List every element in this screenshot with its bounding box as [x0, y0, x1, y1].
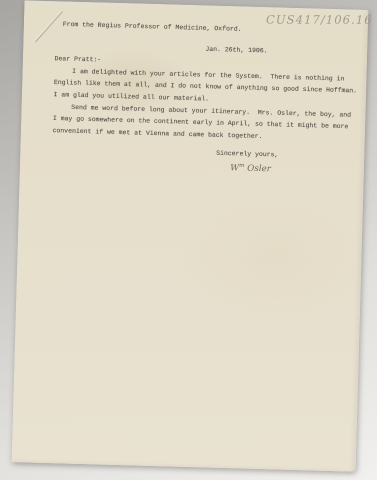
signature: Wm Osler — [230, 162, 271, 174]
scanned-letter-background: CUS417/106.16 From the Regius Professor … — [0, 0, 377, 480]
signature-surname: Osler — [244, 163, 271, 174]
letterhead-line: From the Regius Professor of Medicine, O… — [63, 21, 242, 34]
body-line: convenient if we met at Vienna and came … — [52, 127, 262, 141]
closing-line: Sincerely yours, — [216, 150, 278, 160]
archival-number-annotation: CUS417/106.16 — [266, 13, 373, 27]
body-line: I am glad you utilized all our material. — [53, 91, 209, 103]
letter-content: CUS417/106.16 From the Regius Professor … — [12, 0, 369, 472]
date-line: Jan. 26th, 1906. — [205, 46, 267, 56]
salutation-line: Dear Pratt:- — [54, 55, 101, 64]
letter-paper: CUS417/106.16 From the Regius Professor … — [12, 0, 369, 471]
